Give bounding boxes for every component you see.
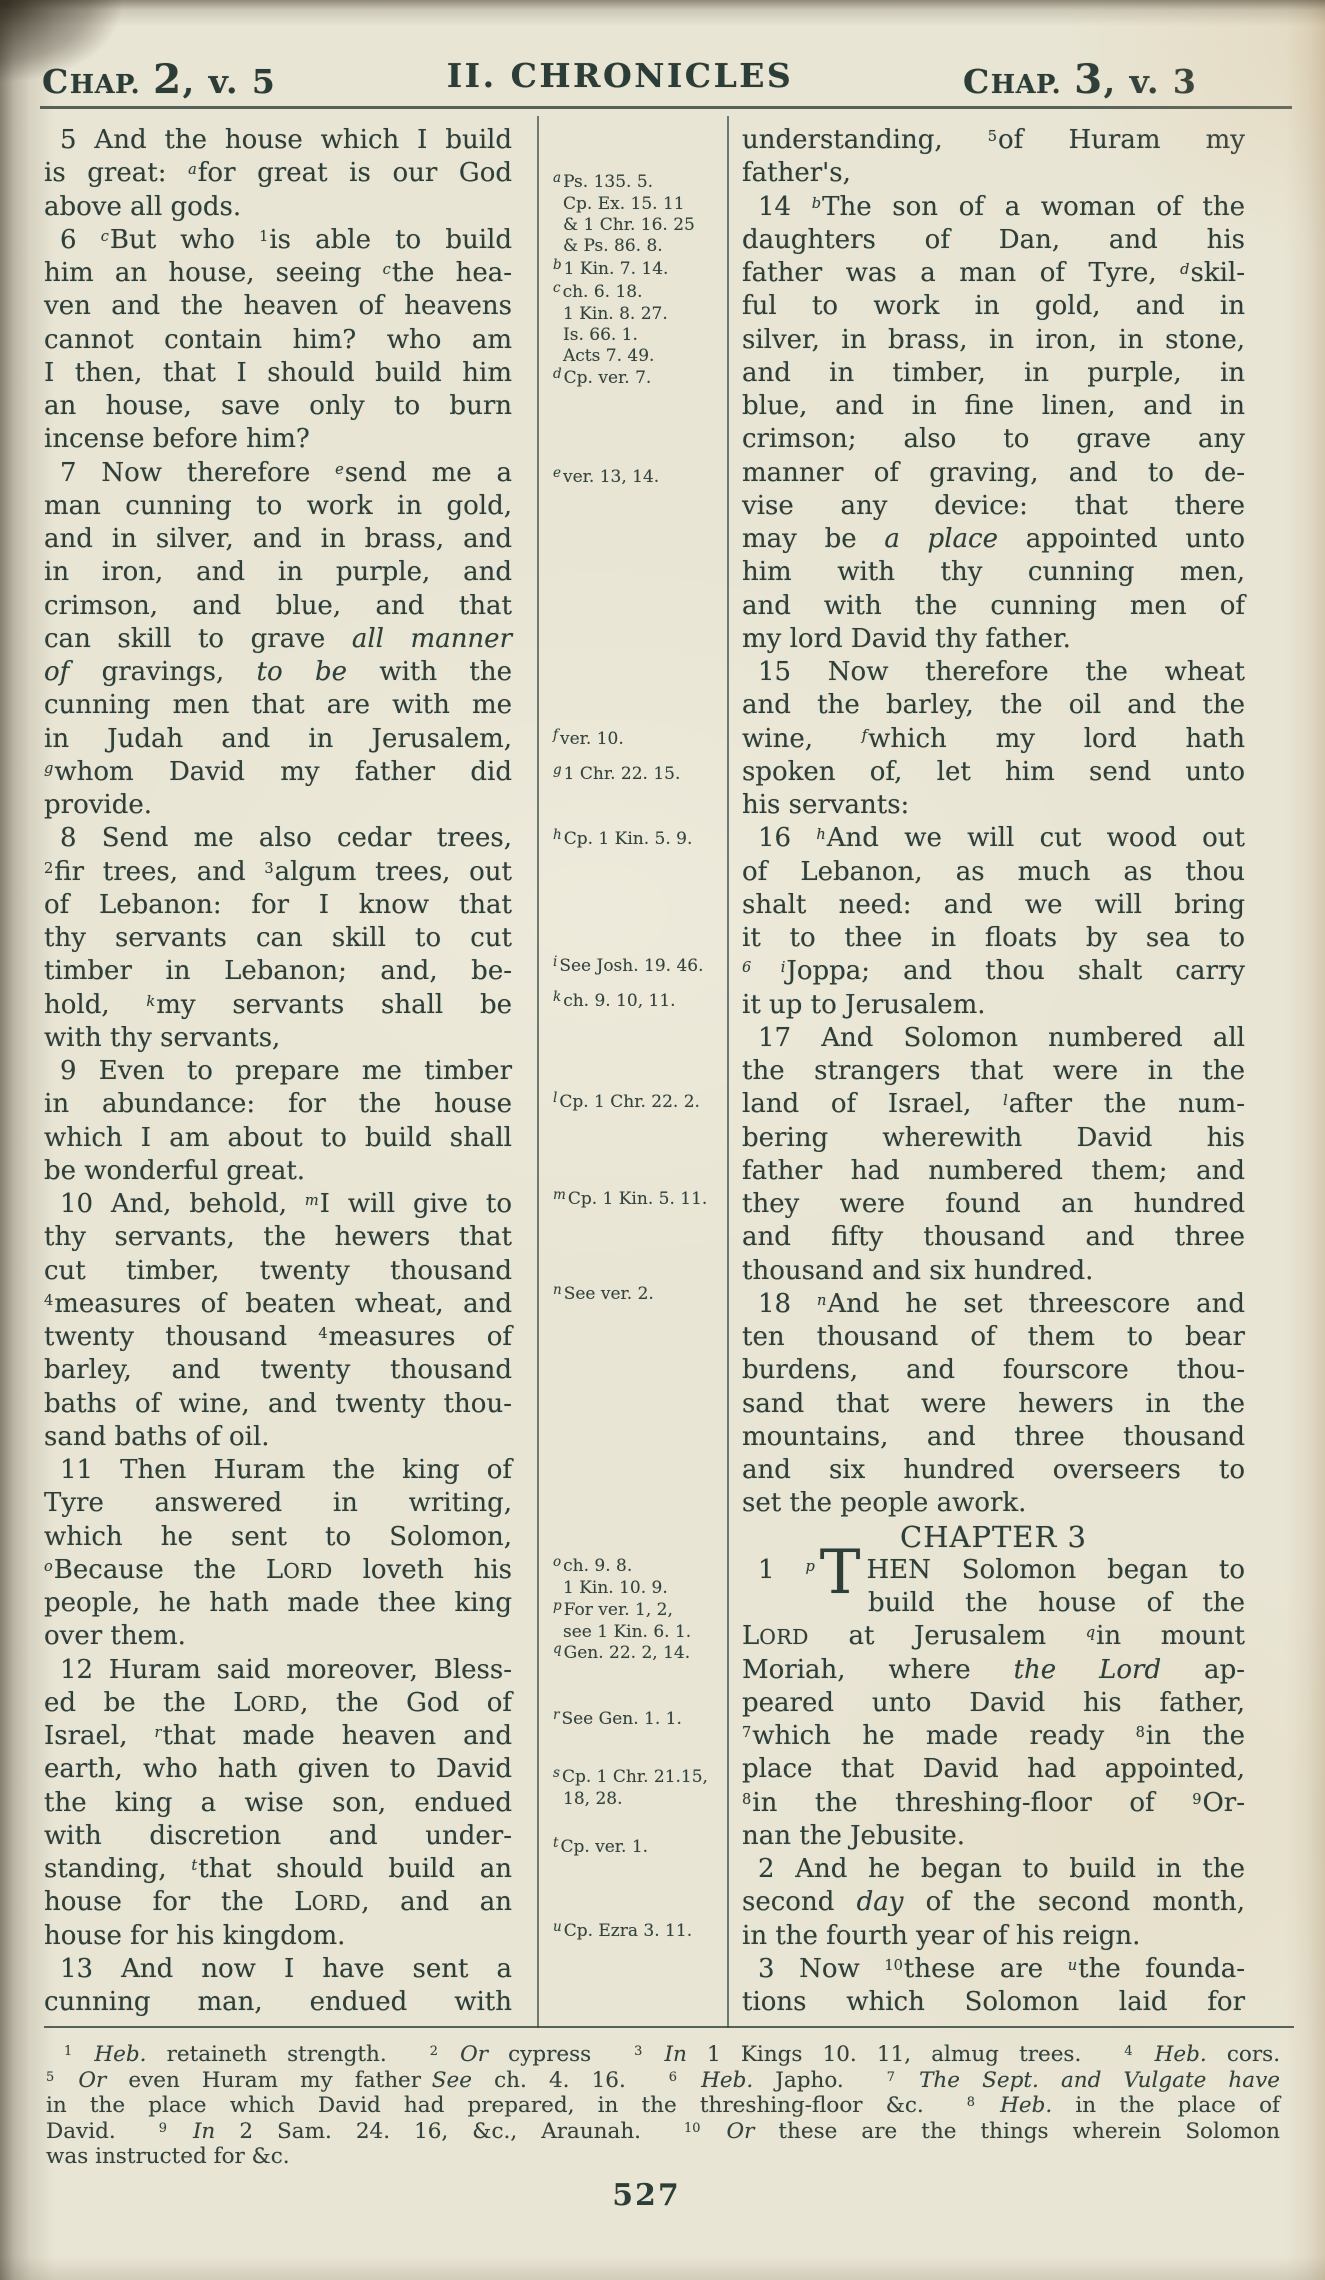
text-line: and with the cunning men of <box>742 590 1245 623</box>
text-line: place that David had appointed, <box>742 1753 1245 1786</box>
text-line: twenty thousand 4measures of <box>44 1321 512 1354</box>
text-line: Tyre answered in writing, <box>44 1487 512 1520</box>
column-divider-left <box>537 116 539 2028</box>
cross-reference-line: iSee Josh. 19. 46. <box>563 956 721 978</box>
cross-reference: rSee Gen. 1. 1. <box>551 1709 721 1731</box>
reference-marker: c <box>553 280 561 296</box>
text-line: 14 bThe son of a woman of the <box>742 191 1245 224</box>
cross-reference: qGen. 22. 2, 14. <box>551 1643 721 1665</box>
text-line: manner of graving, and to de- <box>742 457 1245 490</box>
reference-marker: o <box>553 1554 561 1570</box>
cross-reference-line: kch. 9. 10, 11. <box>563 991 721 1013</box>
text-line: my lord David thy father. <box>742 623 1245 656</box>
text-line: father's, <box>742 157 1245 190</box>
text-line: gwhom David my father did <box>44 756 512 789</box>
cross-reference: pFor ver. 1, 2,see 1 Kin. 6. 1. <box>551 1600 721 1643</box>
text-line: of Lebanon, as much as thou <box>742 856 1245 889</box>
text-line: daughters of Dan, and his <box>742 224 1245 257</box>
reference-marker: b <box>553 257 562 273</box>
text-line: Moriah, where the Lord ap- <box>742 1654 1245 1687</box>
cross-reference-line: uCp. Ezra 3. 11. <box>563 1921 721 1943</box>
text-line: 4measures of beaten wheat, and <box>44 1288 512 1321</box>
text-line: an house, save only to burn <box>44 390 512 423</box>
text-line: provide. <box>44 789 512 822</box>
scanned-bible-page: CHAP. 2, v. 5 II. CHRONICLES CHAP. 3, v.… <box>0 0 1325 2280</box>
text-line: may be a place appointed unto <box>742 523 1245 556</box>
reference-marker: t <box>553 1835 558 1851</box>
text-line: is great: afor great is our God <box>44 157 512 190</box>
text-line: understanding, 5of Huram my <box>742 124 1245 157</box>
text-line: build the house of the <box>742 1587 1245 1620</box>
reference-marker: i <box>553 954 557 970</box>
cross-reference: sCp. 1 Chr. 21.15,18, 28. <box>551 1767 721 1810</box>
text-line: 10 And, behold, mI will give to <box>44 1188 512 1221</box>
text-line: can skill to grave all manner <box>44 623 512 656</box>
text-line: which he sent to Solomon, <box>44 1521 512 1554</box>
running-head-right: CHAP. 3, v. 3 <box>963 56 1197 103</box>
reference-marker: m <box>553 1187 566 1203</box>
text-line: and in silver, and in brass, and <box>44 523 512 556</box>
cross-reference: nSee ver. 2. <box>551 1284 721 1306</box>
footnotes-block: 1 Heb. retaineth strength. 2 Or cypress … <box>46 2042 1280 2170</box>
cross-reference-line: & 1 Chr. 16. 25 <box>563 215 721 236</box>
text-line: cut timber, twenty thousand <box>44 1255 512 1288</box>
cross-reference: b1 Kin. 7. 14. <box>551 259 721 281</box>
cross-reference: g1 Chr. 22. 15. <box>551 764 721 786</box>
text-line: above all gods. <box>44 191 512 224</box>
text-line: of gravings, to be with the <box>44 656 512 689</box>
text-line: 6 cBut who 1is able to build <box>44 224 512 257</box>
text-line: in abundance: for the house <box>44 1088 512 1121</box>
text-line: over them. <box>44 1620 512 1653</box>
text-line: second day of the second month, <box>742 1886 1245 1919</box>
text-line: be wonderful great. <box>44 1155 512 1188</box>
text-line: 15 Now therefore the wheat <box>742 656 1245 689</box>
cross-reference-line: Acts 7. 49. <box>563 346 721 367</box>
text-line: baths of wine, and twenty thou- <box>44 1388 512 1421</box>
cross-reference-line: nSee ver. 2. <box>563 1284 721 1306</box>
cross-reference-line: lCp. 1 Chr. 22. 2. <box>563 1092 721 1114</box>
text-line: 11 Then Huram the king of <box>44 1454 512 1487</box>
chapter-heading: CHAPTER 3 <box>742 1521 1245 1554</box>
running-head-left: CHAP. 2, v. 5 <box>42 56 276 103</box>
cross-reference: dCp. ver. 7. <box>551 368 721 390</box>
right-text-column: understanding, 5of Huram myfather's,14 b… <box>742 124 1245 2019</box>
text-line: thy servants can skill to cut <box>44 922 512 955</box>
column-divider-right <box>727 116 729 2028</box>
text-line: him an house, seeing cthe hea- <box>44 257 512 290</box>
text-line: and fifty thousand and three <box>742 1221 1245 1254</box>
cross-reference-line: rSee Gen. 1. 1. <box>563 1709 721 1731</box>
text-line: timber in Lebanon; and, be- <box>44 955 512 988</box>
cross-reference-line: cch. 6. 18. <box>563 282 721 304</box>
footnote-rule <box>44 2026 1294 2028</box>
text-line: 5 Or even Huram my father See ch. 4. 16.… <box>46 2068 1280 2094</box>
cross-reference-line: 18, 28. <box>563 1789 721 1810</box>
reference-marker: g <box>553 762 562 778</box>
text-line: it up to Jerusalem. <box>742 989 1245 1022</box>
text-line: sand baths of oil. <box>44 1421 512 1454</box>
text-line: 17 And Solomon numbered all <box>742 1022 1245 1055</box>
text-line: oBecause the LORD loveth his <box>44 1554 512 1587</box>
reference-marker: a <box>553 170 561 186</box>
reference-marker: r <box>553 1707 559 1723</box>
text-line: with thy servants, <box>44 1022 512 1055</box>
cross-reference-line: b1 Kin. 7. 14. <box>563 259 721 281</box>
reference-marker: e <box>553 465 561 481</box>
cross-reference: tCp. ver. 1. <box>551 1837 721 1859</box>
cross-reference-line: qGen. 22. 2, 14. <box>563 1643 721 1665</box>
cross-reference: uCp. Ezra 3. 11. <box>551 1921 721 1943</box>
text-line: silver, in brass, in iron, in stone, <box>742 324 1245 357</box>
cross-reference-line: 1 Kin. 8. 27. <box>563 304 721 325</box>
reference-marker: n <box>553 1282 562 1298</box>
text-line: 16 hAnd we will cut wood out <box>742 822 1245 855</box>
reference-marker: q <box>553 1641 562 1657</box>
text-line: 7 Now therefore esend me a <box>44 457 512 490</box>
text-line: people, he hath made thee king <box>44 1587 512 1620</box>
text-line: which I am about to build shall <box>44 1122 512 1155</box>
text-line: cannot contain him? who am <box>44 324 512 357</box>
text-line: LORD at Jerusalem qin mount <box>742 1620 1245 1653</box>
text-line: set the people awork. <box>742 1487 1245 1520</box>
reference-marker: d <box>553 366 562 382</box>
text-line: 13 And now I have sent a <box>44 1953 512 1986</box>
cross-reference-line: tCp. ver. 1. <box>563 1837 721 1859</box>
text-line: 2 And he began to build in the <box>742 1853 1245 1886</box>
cross-reference: cch. 6. 18.1 Kin. 8. 27.Is. 66. 1.Acts 7… <box>551 282 721 367</box>
text-line: 8in the threshing-floor of 9Or- <box>742 1787 1245 1820</box>
page-number: 527 <box>0 2178 1309 2213</box>
text-line: 5 And the house which I build <box>44 124 512 157</box>
cross-reference: lCp. 1 Chr. 22. 2. <box>551 1092 721 1114</box>
reference-marker: h <box>553 827 562 843</box>
text-line: man cunning to work in gold, <box>44 490 512 523</box>
cross-reference-line: sCp. 1 Chr. 21.15, <box>563 1767 721 1789</box>
text-line: 18 nAnd he set threescore and <box>742 1288 1245 1321</box>
text-line: 9 Even to prepare me timber <box>44 1055 512 1088</box>
text-line: mountains, and three thousand <box>742 1421 1245 1454</box>
text-line: and the barley, the oil and the <box>742 689 1245 722</box>
text-line: thousand and six hundred. <box>742 1255 1245 1288</box>
reference-marker: k <box>553 989 561 1005</box>
text-line: 1 pTHEN Solomon began to <box>742 1554 1245 1587</box>
text-line: 1 Heb. retaineth strength. 2 Or cypress … <box>46 2042 1280 2068</box>
text-line: 6 iJoppa; and thou shalt carry <box>742 955 1245 988</box>
text-line: was instructed for &c. <box>46 2144 1280 2170</box>
cross-reference-line: aPs. 135. 5. <box>563 172 721 194</box>
text-line: with discretion and under- <box>44 1820 512 1853</box>
cross-reference-line: Cp. Ex. 15. 11 <box>563 194 721 215</box>
text-line: ed be the LORD, the God of <box>44 1687 512 1720</box>
text-line: in Judah and in Jerusalem, <box>44 723 512 756</box>
text-line: they were found an hundred <box>742 1188 1245 1221</box>
text-line: the king a wise son, endued <box>44 1787 512 1820</box>
text-line: his servants: <box>742 789 1245 822</box>
text-line: peared unto David his father, <box>742 1687 1245 1720</box>
text-line: standing, tthat should build an <box>44 1853 512 1886</box>
text-line: 2fir trees, and 3algum trees, out <box>44 856 512 889</box>
text-line: cunning men that are with me <box>44 689 512 722</box>
text-line: wine, fwhich my lord hath <box>742 723 1245 756</box>
text-line: 12 Huram said moreover, Bless- <box>44 1654 512 1687</box>
cross-reference-line: dCp. ver. 7. <box>563 368 721 390</box>
header-rule <box>40 106 1292 109</box>
text-line: blue, and in fine linen, and in <box>742 390 1245 423</box>
cross-reference-line: g1 Chr. 22. 15. <box>563 764 721 786</box>
reference-marker: s <box>553 1765 560 1781</box>
text-line: 3 Now 10these are uthe founda- <box>742 1953 1245 1986</box>
text-line: 8 Send me also cedar trees, <box>44 822 512 855</box>
text-line: in the fourth year of his reign. <box>742 1920 1245 1953</box>
text-line: spoken of, let him send unto <box>742 756 1245 789</box>
text-line: bering wherewith David his <box>742 1122 1245 1155</box>
cross-reference-line: pFor ver. 1, 2, <box>563 1600 721 1622</box>
cross-reference-column: aPs. 135. 5.Cp. Ex. 15. 11& 1 Chr. 16. 2… <box>551 124 721 2034</box>
cross-reference-line: & Ps. 86. 8. <box>563 236 721 257</box>
text-line: I then, that I should build him <box>44 357 512 390</box>
text-line: father was a man of Tyre, dskil- <box>742 257 1245 290</box>
cross-reference-line: fver. 10. <box>563 729 721 751</box>
text-line: and in timber, in purple, in <box>742 357 1245 390</box>
text-line: cunning man, endued with <box>44 1986 512 2019</box>
text-line: it to thee in floats by sea to <box>742 922 1245 955</box>
cross-reference-line: see 1 Kin. 6. 1. <box>563 1622 721 1643</box>
text-line: and six hundred overseers to <box>742 1454 1245 1487</box>
cross-reference: och. 9. 8.1 Kin. 10. 9. <box>551 1556 721 1599</box>
text-line: the strangers that were in the <box>742 1055 1245 1088</box>
cross-reference-line: hCp. 1 Kin. 5. 9. <box>563 829 721 851</box>
cross-reference-line: ever. 13, 14. <box>563 467 721 489</box>
cross-reference: hCp. 1 Kin. 5. 9. <box>551 829 721 851</box>
text-line: ven and the heaven of heavens <box>44 290 512 323</box>
text-line: shalt need: and we will bring <box>742 889 1245 922</box>
text-line: house for the LORD, and an <box>44 1886 512 1919</box>
text-line: of Lebanon: for I know that <box>44 889 512 922</box>
reference-marker: p <box>553 1598 562 1614</box>
text-line: ten thousand of them to bear <box>742 1321 1245 1354</box>
cross-reference-line: och. 9. 8. <box>563 1556 721 1578</box>
text-line: land of Israel, lafter the num- <box>742 1088 1245 1121</box>
reference-marker: u <box>553 1919 562 1935</box>
text-line: in the place which David had prepared, i… <box>46 2093 1280 2119</box>
running-head-book-title: II. CHRONICLES <box>400 56 840 95</box>
cross-reference: aPs. 135. 5.Cp. Ex. 15. 11& 1 Chr. 16. 2… <box>551 172 721 257</box>
text-line: father had numbered them; and <box>742 1155 1245 1188</box>
text-line: David. 9 In 2 Sam. 24. 16, &c., Araunah.… <box>46 2119 1280 2145</box>
cross-reference: iSee Josh. 19. 46. <box>551 956 721 978</box>
text-line: burdens, and fourscore thou- <box>742 1354 1245 1387</box>
cross-reference-line: mCp. 1 Kin. 5. 11. <box>563 1189 721 1211</box>
text-line: vise any device: that there <box>742 490 1245 523</box>
text-line: tions which Solomon laid for <box>742 1986 1245 2019</box>
text-line: in iron, and in purple, and <box>44 556 512 589</box>
cross-reference: mCp. 1 Kin. 5. 11. <box>551 1189 721 1211</box>
text-line: crimson; also to grave any <box>742 423 1245 456</box>
text-line: incense before him? <box>44 423 512 456</box>
drop-cap: T <box>820 1558 861 1588</box>
reference-marker: l <box>553 1090 557 1106</box>
text-line: sand that were hewers in the <box>742 1388 1245 1421</box>
reference-marker: f <box>553 727 558 743</box>
cross-reference-line: 1 Kin. 10. 9. <box>563 1578 721 1599</box>
cross-reference: fver. 10. <box>551 729 721 751</box>
text-line: ful to work in gold, and in <box>742 290 1245 323</box>
text-line: Israel, rthat made heaven and <box>44 1720 512 1753</box>
text-line: 7which he made ready 8in the <box>742 1720 1245 1753</box>
text-line: crimson, and blue, and that <box>44 590 512 623</box>
cross-reference: kch. 9. 10, 11. <box>551 991 721 1013</box>
cross-reference-line: Is. 66. 1. <box>563 325 721 346</box>
text-line: him with thy cunning men, <box>742 556 1245 589</box>
text-line: nan the Jebusite. <box>742 1820 1245 1853</box>
left-text-column: 5 And the house which I buildis great: a… <box>44 124 512 2019</box>
text-line: thy servants, the hewers that <box>44 1221 512 1254</box>
text-line: house for his kingdom. <box>44 1920 512 1953</box>
cross-reference: ever. 13, 14. <box>551 467 721 489</box>
text-line: hold, kmy servants shall be <box>44 989 512 1022</box>
text-line: earth, who hath given to David <box>44 1753 512 1786</box>
text-line: barley, and twenty thousand <box>44 1354 512 1387</box>
